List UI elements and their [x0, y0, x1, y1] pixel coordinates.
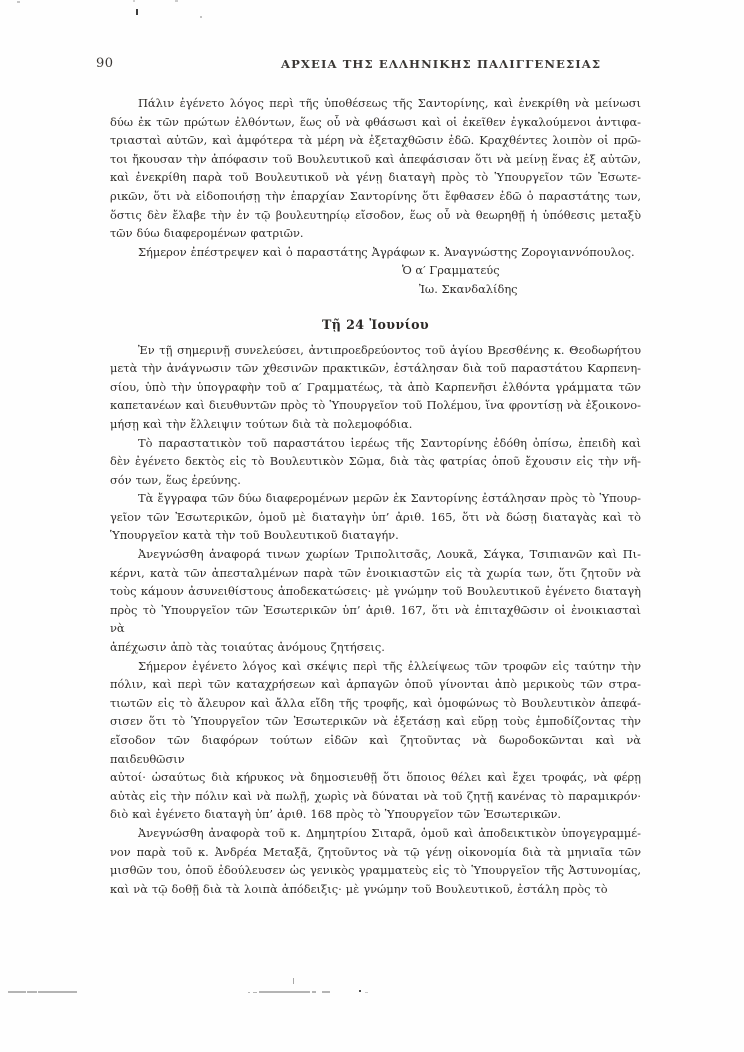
scan-tick	[293, 978, 294, 984]
scan-dash	[38, 991, 77, 993]
text-line: διὸ καὶ ἐγένετο διαταγὴ ὑπ’ ἀριθ. 168 πρ…	[110, 805, 641, 824]
text-line: αὐτοί· ὡσαύτως διὰ κήρυκος νὰ δημοσιευθῇ…	[110, 768, 641, 787]
text-line: σισεν ὅτι τὸ Ὑπουργεῖον τῶν Ἐσωτερικῶν ν…	[110, 712, 641, 731]
scan-dash	[8, 991, 26, 993]
signature-line: Ὁ α′ Γραμματεύς	[402, 261, 641, 280]
text-line: τριασταὶ αὐτῶν, καὶ ἀμφότερα τὰ μέρη νὰ …	[110, 131, 641, 150]
text-line: καὶ νὰ τῷ δοθῇ διὰ τὰ λοιπὰ ἀπόδειξις· μ…	[110, 880, 641, 899]
text-line: Σήμερον ἐγένετο λόγος καὶ σκέψις περὶ τῆ…	[110, 657, 641, 676]
text-line: καπετανέων καὶ διευθυντῶν πρὸς τὸ Ὑπουργ…	[110, 396, 641, 415]
text-line: τιωτῶν εἰς τὸ ἄλευρον καὶ ἄλλα εἴδη τῆς …	[110, 694, 641, 713]
running-head: 90 ΑΡΧΕΙΑ ΤΗΣ ΕΛΛΗΝΙΚΗΣ ΠΑΛΙΓΓΕΝΕΣΙΑΣ	[0, 0, 744, 80]
text-line: ρικῶν, ὅτι νὰ εἰδοποιήσῃ τὴν ἐπαρχίαν Σα…	[110, 187, 641, 206]
scan-dash	[248, 992, 250, 993]
text-line: Σήμερον ἐπέστρεψεν καὶ ὁ παραστάτης Ἀγρά…	[110, 243, 641, 262]
signature-line: Ἰω. Σκανδαλίδης	[419, 280, 641, 299]
page-body: Πάλιν ἐγένετο λόγος περὶ τῆς ὑποθέσεως τ…	[110, 94, 641, 898]
paragraph: Τὰ ἔγγραφα τῶν δύω διαφερομένων μερῶν ἐκ…	[110, 489, 641, 545]
scan-speck	[365, 992, 368, 993]
text-line: τῶν δύω διαφερομένων φατριῶν.	[110, 224, 641, 243]
scan-dash	[312, 991, 316, 993]
text-line: Πάλιν ἐγένετο λόγος περὶ τῆς ὑποθέσεως τ…	[110, 94, 641, 113]
paragraph: Τὸ παραστατικὸν τοῦ παραστάτου ἱερέως τῆ…	[110, 434, 641, 490]
text-line: δὲν ἐγένετο δεκτὸς εἰς τὸ Βουλευτικὸν Σῶ…	[110, 452, 641, 471]
text-line: γεῖον τῶν Ἐσωτερικῶν, ὁμοῦ μὲ διαταγὴν ὑ…	[110, 508, 641, 527]
scan-dash	[259, 991, 310, 993]
scan-speck	[133, 0, 135, 2]
text-line: πρὸς τὸ Ὑπουργεῖον τῶν Ἐσωτερικῶν ὑπ’ ἀρ…	[110, 601, 641, 638]
text-line: τοὺς κάμουν ἀσυνειθίστους ἀποδεκατώσεις·…	[110, 582, 641, 601]
scan-dash	[27, 991, 37, 993]
text-line: ἀπέχωσιν ἀπὸ τὰς τοιαύτας ἀνόμους ζητήσε…	[110, 638, 641, 657]
text-line: εἴσοδον τῶν διαφόρων τούτων εἰδῶν καὶ ζη…	[110, 731, 641, 768]
paragraph: Σήμερον ἐπέστρεψεν καὶ ὁ παραστάτης Ἀγρά…	[110, 243, 641, 262]
text-line: σόν των, ἕως ἐρεύνης.	[110, 471, 641, 490]
scan-speck	[17, 1, 20, 3]
paragraph: Ἐν τῇ σημερινῇ συνελεύσει, ἀντιπροεδρεύο…	[110, 341, 641, 434]
text-line: μετὰ τὴν ἀνάγνωσιν τῶν χθεσινῶν πρακτικῶ…	[110, 359, 641, 378]
paragraph: Σήμερον ἐγένετο λόγος καὶ σκέψις περὶ τῆ…	[110, 657, 641, 824]
paragraph: Ἀνεγνώσθη ἀναφορὰ τοῦ κ. Δημητρίου Σιταρ…	[110, 824, 641, 898]
text-line: Ὑπουργεῖον κατὰ τὴν τοῦ Βουλευτικοῦ διατ…	[110, 526, 641, 545]
text-line: δύω ἐκ τῶν πρώτων ἐλθόντων, ἕως οὗ νὰ φθ…	[110, 113, 641, 132]
text-line: μισθῶν του, ὁποῦ ἐδούλευσεν ὡς γενικὸς γ…	[110, 861, 641, 880]
section-heading: Τῇ 24 Ἰουνίου	[110, 315, 641, 334]
scan-dash	[322, 991, 330, 993]
text-line: σίου, ὑπὸ τὴν ὑπογραφὴν τοῦ α′ Γραμματέω…	[110, 378, 641, 397]
text-line: Ἀνεγνώσθη ἀναφορά τινων χωρίων Τριπολιτσ…	[110, 545, 641, 564]
scan-speck	[200, 16, 202, 18]
text-line: Τὰ ἔγγραφα τῶν δύω διαφερομένων μερῶν ἐκ…	[110, 489, 641, 508]
signature-block: Ὁ α′ ΓραμματεύςἸω. Σκανδαλίδης	[110, 261, 641, 298]
scan-speck	[136, 9, 138, 15]
document-page: 90 ΑΡΧΕΙΑ ΤΗΣ ΕΛΛΗΝΙΚΗΣ ΠΑΛΙΓΓΕΝΕΣΙΑΣ Πά…	[0, 0, 744, 1052]
text-line: Τὸ παραστατικὸν τοῦ παραστάτου ἱερέως τῆ…	[110, 434, 641, 453]
text-line: μήσῃ καὶ τὴν ἔλλειψιν τούτων διὰ τὰ πολε…	[110, 415, 641, 434]
text-line: νον παρὰ τοῦ κ. Ἀνδρέα Μεταξᾶ, ζητοῦντος…	[110, 843, 641, 862]
scan-speck	[359, 990, 361, 992]
running-title: ΑΡΧΕΙΑ ΤΗΣ ΕΛΛΗΝΙΚΗΣ ΠΑΛΙΓΓΕΝΕΣΙΑΣ	[281, 57, 601, 71]
text-line: Ἀνεγνώσθη ἀναφορὰ τοῦ κ. Δημητρίου Σιταρ…	[110, 824, 641, 843]
paragraph: Ἀνεγνώσθη ἀναφορά τινων χωρίων Τριπολιτσ…	[110, 545, 641, 657]
text-line: ὅστις δὲν ἔλαβε τὴν ἐν τῷ βουλευτηρίῳ εἴ…	[110, 206, 641, 225]
text-line: τοι ἤκουσαν τὴν ἀπόφασιν τοῦ Βουλευτικοῦ…	[110, 150, 641, 169]
scan-speck	[175, 0, 178, 2]
text-line: καὶ ἐνεκρίθη παρὰ τοῦ Βουλευτικοῦ νὰ γέν…	[110, 168, 641, 187]
paragraph: Πάλιν ἐγένετο λόγος περὶ τῆς ὑποθέσεως τ…	[110, 94, 641, 243]
text-line: Ἐν τῇ σημερινῇ συνελεύσει, ἀντιπροεδρεύο…	[110, 341, 641, 360]
scan-dash	[253, 992, 257, 993]
text-line: αὐτὰς εἰς τὴν πόλιν καὶ νὰ πωλῇ, χωρὶς ν…	[110, 787, 641, 806]
page-number: 90	[96, 56, 114, 71]
text-line: κέρνι, κατὰ τῶν ἀπεσταλμένων παρὰ τῶν ἐν…	[110, 564, 641, 583]
text-line: πόλιν, καὶ περὶ τῶν καταχρήσεων καὶ ἁρπα…	[110, 675, 641, 694]
